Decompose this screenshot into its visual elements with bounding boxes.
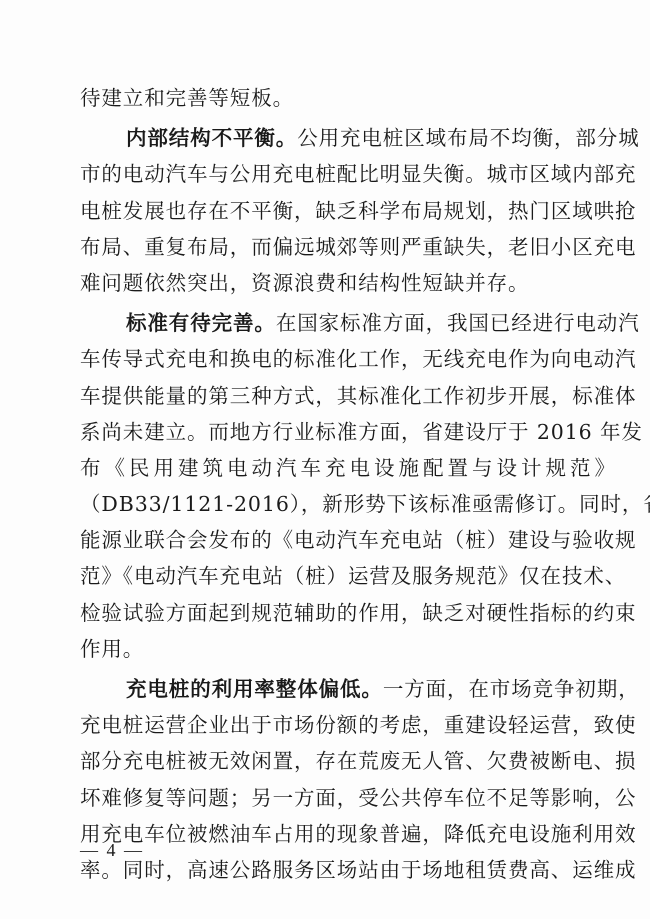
text-line: 系尚未建立。而地方行业标准方面，省建设厅于 2016 年发 — [80, 414, 572, 450]
paragraph-heading: 内部结构不平衡。 — [126, 126, 297, 150]
text-span: 在国家标准方面，我国已经进行电动汽 — [276, 311, 640, 335]
paragraph-heading: 标准有待完善。 — [126, 311, 276, 335]
text-span: 公用充电桩区域布局不均衡，部分城 — [297, 126, 639, 150]
text-line: 市的电动汽车与公用充电桩配比明显失衡。城市区域内部充 — [80, 156, 572, 192]
text-line: 范》《电动汽车充电站（桩）运营及服务规范》仅在技术、 — [80, 558, 572, 594]
paragraph-first-line: 标准有待完善。在国家标准方面，我国已经进行电动汽 — [80, 305, 572, 341]
text-line: 难问题依然突出，资源浪费和结构性短缺并存。 — [80, 265, 572, 301]
text-line: 坏难修复等问题；另一方面，受公共停车位不足等影响，公 — [80, 780, 572, 816]
text-line: 部分充电桩被无效闲置，存在荒废无人管、欠费被断电、损 — [80, 743, 572, 779]
document-page: 待建立和完善等短板。 内部结构不平衡。公用充电桩区域布局不均衡，部分城 市的电动… — [0, 0, 650, 919]
page-number: — 4 — — [80, 840, 144, 861]
text-span: 一方面，在市场竞争初期， — [383, 677, 640, 701]
body-text: 待建立和完善等短板。 内部结构不平衡。公用充电桩区域布局不均衡，部分城 市的电动… — [80, 80, 572, 888]
text-line: 充电桩运营企业出于市场份额的考虑，重建设轻运营，致使 — [80, 707, 572, 743]
text-line: 车提供能量的第三种方式，其标准化工作初步开展，标准体 — [80, 378, 572, 414]
text-line: 用充电车位被燃油车占用的现象普遍，降低充电设施利用效 — [80, 816, 572, 852]
paragraph-heading: 充电桩的利用率整体偏低。 — [126, 677, 383, 701]
text-line: 电桩发展也存在不平衡，缺乏科学布局规划，热门区域哄抢 — [80, 193, 572, 229]
text-line: 布局、重复布局，而偏远城郊等则严重缺失，老旧小区充电 — [80, 229, 572, 265]
text-line: 待建立和完善等短板。 — [80, 80, 572, 116]
text-line: 车传导式充电和换电的标准化工作，无线充电作为向电动汽 — [80, 341, 572, 377]
text-line: 检验试验方面起到规范辅助的作用，缺乏对硬性指标的约束 — [80, 595, 572, 631]
text-line: （DB33/1121-2016），新形势下该标准亟需修订。同时，省 — [80, 486, 572, 522]
paragraph-first-line: 内部结构不平衡。公用充电桩区域布局不均衡，部分城 — [80, 120, 572, 156]
text-line: 率。同时，高速公路服务区场站由于场地租赁费高、运维成 — [80, 852, 572, 888]
text-line: 能源业联合会发布的《电动汽车充电站（桩）建设与验收规 — [80, 522, 572, 558]
text-line: 布《民用建筑电动汽车充电设施配置与设计规范》 — [80, 450, 572, 486]
paragraph-first-line: 充电桩的利用率整体偏低。一方面，在市场竞争初期， — [80, 671, 572, 707]
text-line: 作用。 — [80, 631, 572, 667]
